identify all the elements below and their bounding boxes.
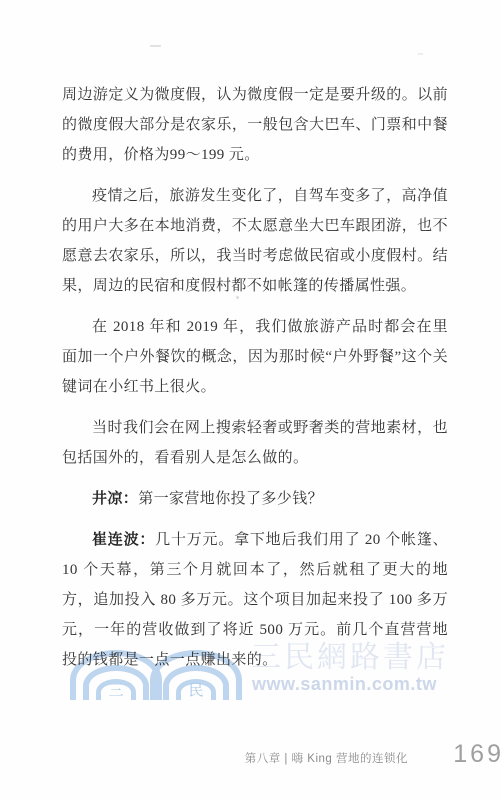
speaker-name-interviewer: 井凉： (92, 491, 138, 507)
page-number: 169 (453, 740, 500, 769)
body-paragraph-3: 在 2018 年和 2019 年，我们做旅游产品时都会在里面加一个户外餐饮的概念… (62, 312, 448, 402)
logo-char-min: 民 (188, 684, 203, 699)
logo-char-san: 三 (108, 684, 123, 699)
scan-artifact (236, 296, 239, 299)
speaker-name-interviewee: 崔连波： (92, 532, 155, 548)
dialog-answer: 崔连波：几十万元。拿下地后我们用了 20 个帐篷、10 个天幕，第三个月就回本了… (62, 525, 448, 675)
body-paragraph-1: 周边游定义为微度假，认为微度假一定是要升级的。以前的微度假大部分是农家乐，一般包… (62, 80, 448, 170)
dialog-question: 井凉：第一家营地你投了多少钱？ (62, 484, 448, 514)
body-paragraph-2: 疫情之后，旅游发生变化了，自驾车变多了，高净值的用户大多在本地消费，不太愿意坐大… (62, 181, 448, 301)
footer-chapter-title: 第八章 | 嗨 King 营地的连锁化 (245, 750, 408, 766)
dialog-question-text: 第一家营地你投了多少钱？ (138, 491, 323, 507)
scan-artifact (150, 45, 161, 47)
book-page: 三 民 三民網路書店 www.sanmin.com.tw 周边游定义为微度假，认… (0, 0, 500, 800)
body-paragraph-4: 当时我们会在网上搜索轻奢或野奢类的营地素材，也包括国外的，看看别人是怎么做的。 (62, 413, 448, 473)
dialog-answer-text: 几十万元。拿下地后我们用了 20 个帐篷、10 个天幕，第三个月就回本了，然后就… (62, 532, 448, 668)
scan-artifact (418, 53, 423, 55)
page-body-text: 周边游定义为微度假，认为微度假一定是要升级的。以前的微度假大部分是农家乐，一般包… (62, 80, 448, 686)
